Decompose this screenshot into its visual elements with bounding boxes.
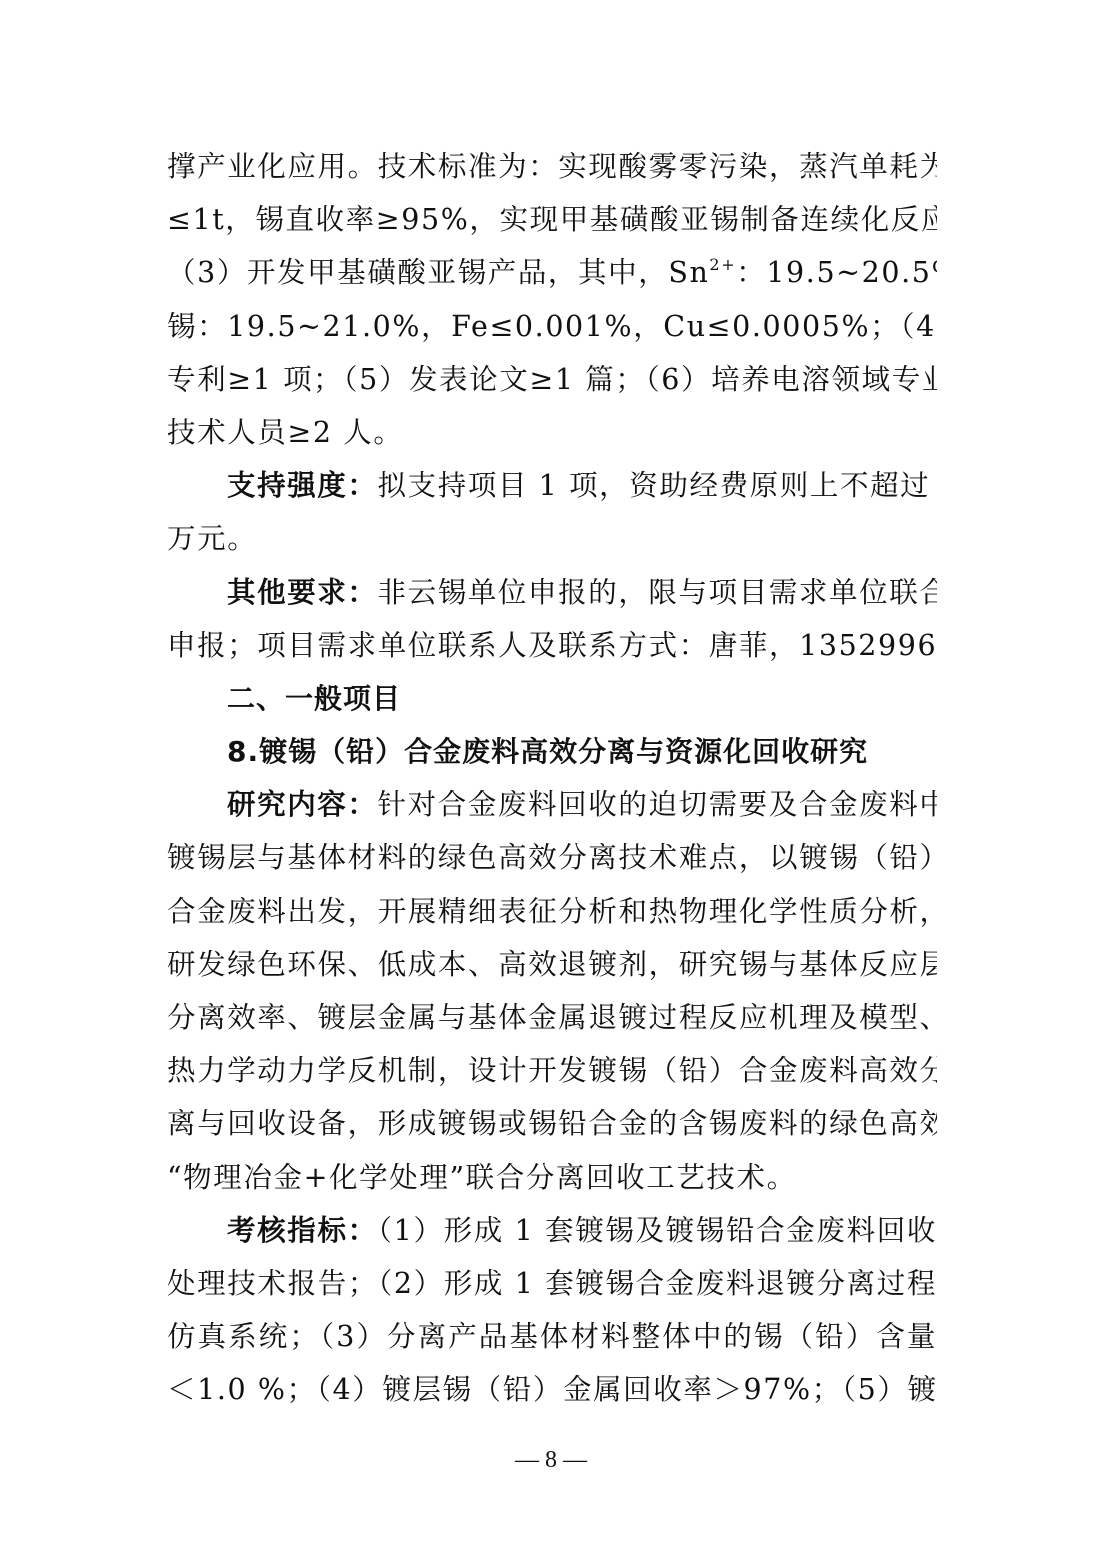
- support-line: 万元。: [167, 512, 937, 565]
- project-title: 8.镀锡（铅）合金废料高效分离与资源化回收研究: [167, 725, 937, 778]
- body-text: （3）开发甲基磺酸亚锡产品，其中，Sn: [167, 256, 709, 289]
- assessment-line: 仿真系统；（3）分离产品基体材料整体中的锡（铅）含量: [167, 1310, 937, 1363]
- section-heading: 二、一般项目: [167, 672, 937, 725]
- body-line: 技术人员≥2 人。: [167, 406, 937, 459]
- body-text: ：19.5~20.5%，总: [736, 256, 937, 289]
- body-line: （3）开发甲基磺酸亚锡产品，其中，Sn2+：19.5~20.5%，总: [167, 246, 937, 299]
- research-content-text: 针对合金废料回收的迫切需要及合金废料中: [378, 788, 937, 821]
- research-content-line: 分离效率、镀层金属与基体金属退镀过程反应机理及模型、: [167, 991, 937, 1044]
- support-label: 支持强度：: [227, 469, 378, 502]
- assessment-label: 考核指标：: [227, 1214, 378, 1247]
- body-line: 锡：19.5~21.0%，Fe≤0.001%，Cu≤0.0005%；（4）申请发…: [167, 300, 937, 353]
- research-content-label: 研究内容：: [227, 788, 378, 821]
- research-content-line: “物理冶金+化学处理”联合分离回收工艺技术。: [167, 1151, 937, 1204]
- other-requirements-line: 申报；项目需求单位联系人及联系方式：唐菲，13529962063。: [167, 619, 937, 672]
- other-requirements-line: 其他要求：非云锡单位申报的，限与项目需求单位联合: [167, 566, 937, 619]
- superscript-charge: 2+: [709, 255, 736, 274]
- research-content-line: 离与回收设备，形成镀锡或锡铅合金的含锡废料的绿色高效: [167, 1097, 937, 1150]
- document-page: 撑产业化应用。技术标准为：实现酸雾零污染，蒸汽单耗为 ≤1t，锡直收率≥95%，…: [167, 140, 937, 1417]
- assessment-line: ＜1.0 %；（4）镀层锡（铅）金属回收率＞97%；（5）镀锡: [167, 1363, 937, 1416]
- support-text: 拟支持项目 1 项，资助经费原则上不超过 300: [378, 469, 937, 502]
- other-requirements-label: 其他要求：: [227, 576, 378, 609]
- page-number: — 8 —: [0, 1440, 1102, 1480]
- other-requirements-text: 非云锡单位申报的，限与项目需求单位联合: [378, 576, 937, 609]
- body-line: 撑产业化应用。技术标准为：实现酸雾零污染，蒸汽单耗为: [167, 140, 937, 193]
- support-line: 支持强度：拟支持项目 1 项，资助经费原则上不超过 300: [167, 459, 937, 512]
- assessment-line: 处理技术报告；（2）形成 1 套镀锡合金废料退镀分离过程: [167, 1257, 937, 1310]
- research-content-line: 合金废料出发，开展精细表征分析和热物理化学性质分析，: [167, 885, 937, 938]
- assessment-text: （1）形成 1 套镀锡及镀锡铅合金废料回收: [378, 1214, 937, 1247]
- research-content-line: 研究内容：针对合金废料回收的迫切需要及合金废料中: [167, 778, 937, 831]
- research-content-line: 热力学动力学反机制，设计开发镀锡（铅）合金废料高效分: [167, 1044, 937, 1097]
- research-content-line: 研发绿色环保、低成本、高效退镀剂，研究锡与基体反应层: [167, 938, 937, 991]
- research-content-line: 镀锡层与基体材料的绿色高效分离技术难点，以镀锡（铅）: [167, 831, 937, 884]
- body-line: ≤1t，锡直收率≥95%，实现甲基磺酸亚锡制备连续化反应。: [167, 193, 937, 246]
- assessment-line: 考核指标：（1）形成 1 套镀锡及镀锡铅合金废料回收: [167, 1204, 937, 1257]
- body-line: 专利≥1 项；（5）发表论文≥1 篇；（6）培养电溶领域专业: [167, 353, 937, 406]
